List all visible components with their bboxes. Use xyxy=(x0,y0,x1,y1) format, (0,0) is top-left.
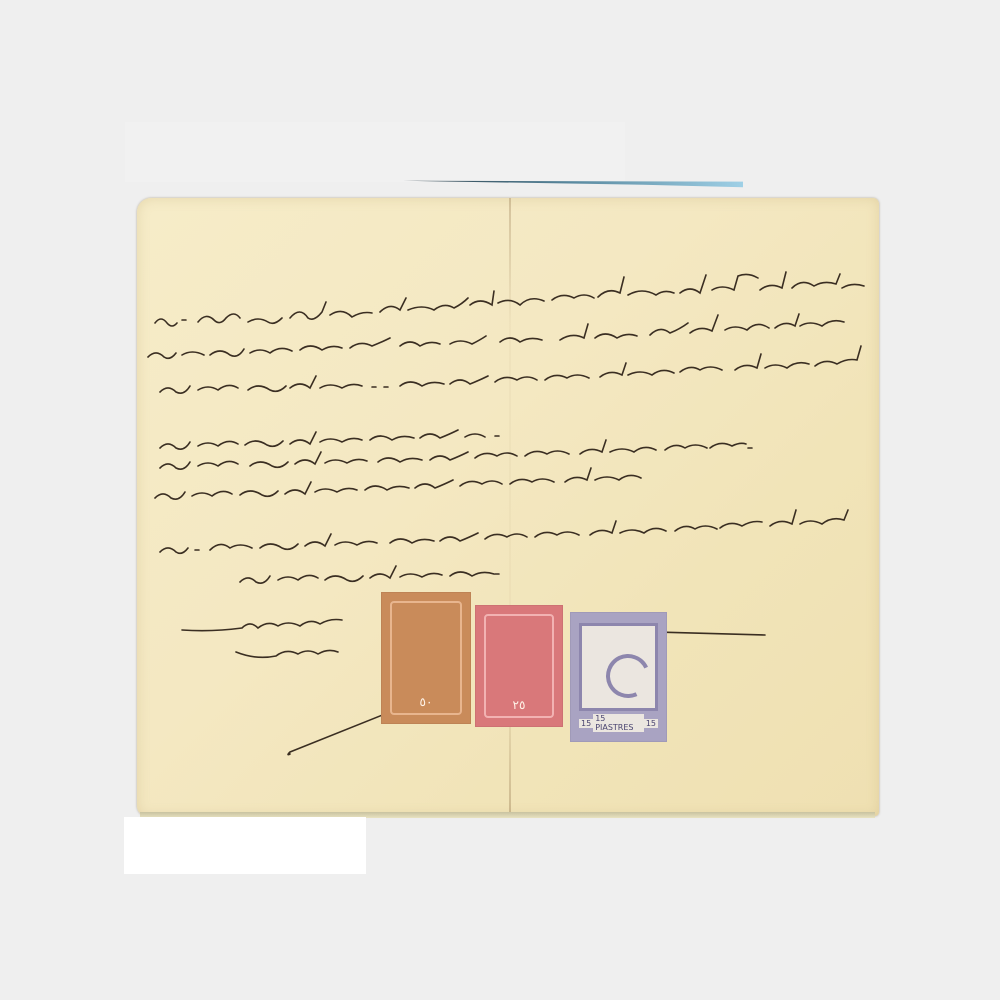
stamp-frame xyxy=(579,623,658,711)
crescent-icon xyxy=(600,648,656,704)
stamp-value-bar: 15 15 PIASTRES 15 xyxy=(579,715,658,731)
text-line-4 xyxy=(160,430,499,449)
text-line-8 xyxy=(240,566,499,583)
text-line-1 xyxy=(155,272,864,326)
handwriting-layer xyxy=(0,0,1000,1000)
stamp-value: ٥٠ xyxy=(382,695,470,709)
revenue-stamp-violet: 15 15 PIASTRES 15 xyxy=(570,612,667,742)
text-line-7 xyxy=(160,510,848,553)
revenue-stamp-red: ٢٥ xyxy=(475,605,563,727)
stamp-value-text: 15 PIASTRES xyxy=(593,714,644,732)
stamp-value: ٢٥ xyxy=(476,698,562,712)
revenue-stamp-brown: ٥٠ xyxy=(381,592,471,724)
signature xyxy=(182,620,765,755)
stamp-value-right: 15 xyxy=(644,719,658,728)
text-line-6 xyxy=(155,468,641,499)
stamp-value-left: 15 xyxy=(579,719,593,728)
text-line-3 xyxy=(160,346,861,393)
text-line-5 xyxy=(160,440,752,469)
